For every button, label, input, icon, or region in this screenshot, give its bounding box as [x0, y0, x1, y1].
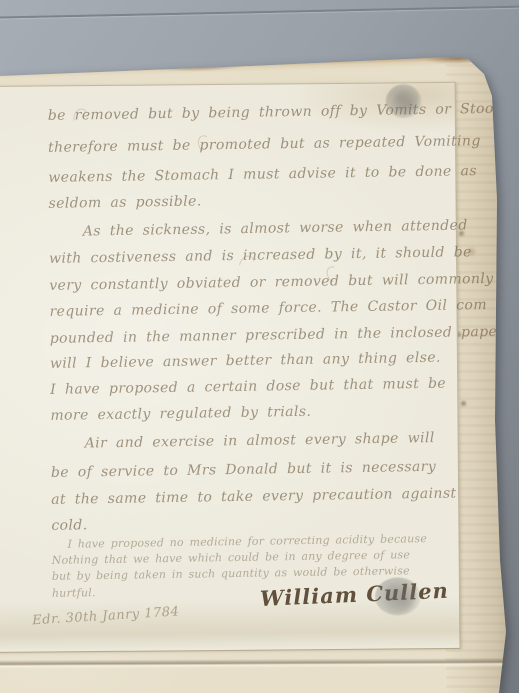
photo-background: 478 be removed but by being thrown off b… [0, 0, 519, 693]
letter-sheet: be removed but by being thrown off by Vo… [0, 82, 460, 652]
letter-line: As the sickness, is almost worse when at… [83, 217, 483, 240]
letter-line: more exactly regulated by trials. [50, 402, 450, 425]
letter-line: Air and exercise in almost every shape w… [85, 429, 485, 452]
letter-line: I have proposed a certain dose but that … [50, 376, 450, 399]
dateline: Edr. 30th Janry 1784 [32, 602, 213, 628]
letter-line: cold. [51, 512, 451, 535]
letter-line: with costiveness and is increased by it,… [49, 245, 449, 268]
letter-line: at the same time to take every precautio… [51, 486, 451, 509]
ink-blot [375, 577, 421, 615]
letter-line: very constantly obviated or removed but … [49, 272, 449, 295]
folio-number: 478 [449, 20, 481, 59]
page-top-edge [0, 50, 519, 79]
letter-line: will I believe answer better than any th… [50, 350, 450, 373]
letter-line: pounded in the manner prescribed in the … [50, 325, 450, 348]
letter-line: therefore must be promoted but as repeat… [48, 134, 448, 157]
letter-line: be of service to Mrs Donald but it is ne… [51, 459, 451, 482]
book-page: 478 be removed but by being thrown off b… [0, 0, 519, 693]
letter-line: weakens the Stomach I must advise it to … [48, 164, 448, 187]
book-page-surface: 478 be removed but by being thrown off b… [0, 0, 519, 693]
fore-edge-specks [0, 0, 3, 3]
letter-line: seldom as possible. [48, 190, 448, 213]
letter-line: require a medicine of some force. The Ca… [49, 298, 449, 321]
page-crease-line [0, 658, 519, 669]
ink-blot [386, 84, 422, 118]
